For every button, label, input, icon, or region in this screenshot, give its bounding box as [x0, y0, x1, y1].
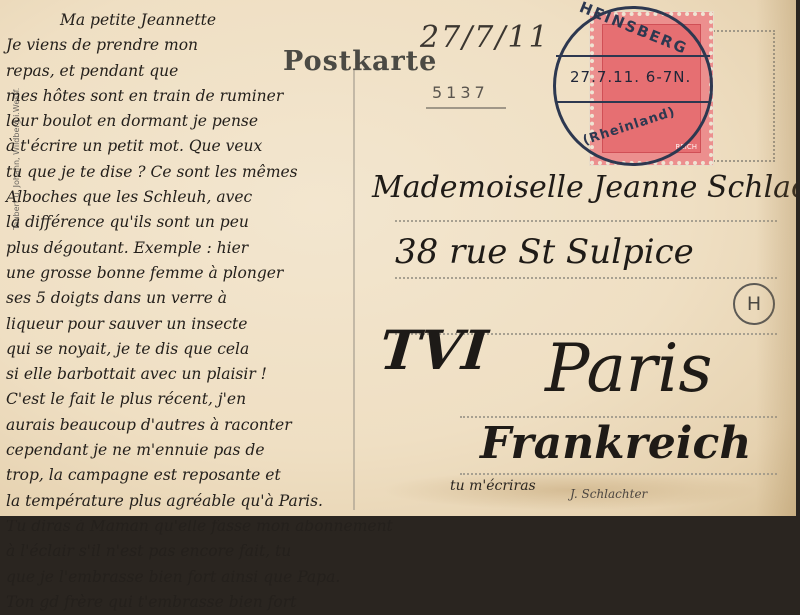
h-circle-mark: H — [733, 283, 775, 325]
recipient-street: 38 rue St Sulpice — [395, 232, 694, 272]
message-line: liqueur pour sauver un insecte — [6, 312, 426, 337]
postcard: Postkarte Taubert u. Johann, Wildberg i.… — [0, 0, 796, 516]
message-line: leur boulot en dormant je pense — [6, 109, 426, 134]
message-line: si elle barbottait avec un plaisir ! — [6, 362, 426, 387]
message-line: tu que je te dise ? Ce sont les mêmes — [6, 160, 426, 185]
message-body: Ma petite Jeannette Je viens de prendre … — [6, 8, 426, 520]
message-line: repas, et pendant que — [6, 59, 426, 84]
message-line: qui se noyait, je te dis que cela — [6, 337, 426, 362]
message-postscript: tu m'écriras — [450, 478, 536, 494]
message-line: Alboches que les Schleuh, avec — [6, 185, 426, 210]
scan-edge — [796, 0, 800, 520]
message-line: trop, la campagne est reposante et — [6, 463, 426, 488]
address-line — [460, 473, 777, 475]
message-line: cependant je ne m'ennuie pas de — [6, 438, 426, 463]
postmark-town: HEINSBERG — [577, 0, 691, 58]
message-line: à t'écrire un petit mot. Que veux — [6, 134, 426, 159]
message-line: une grosse bonne femme à plonger — [6, 261, 426, 286]
recipient-name: Mademoiselle Jeanne Schlachter — [372, 170, 800, 205]
postmark-bar — [556, 101, 710, 103]
message-line: aurais beaucoup d'autres à raconter — [6, 413, 426, 438]
postmark-bar — [556, 55, 710, 57]
message-line: Je viens de prendre mon — [6, 33, 426, 58]
address-line — [395, 220, 777, 222]
message-line: mes hôtes sont en train de ruminer — [6, 84, 426, 109]
message-line: plus dégoutant. Exemple : hier — [6, 236, 426, 261]
message-line: ses 5 doigts dans un verre à — [6, 286, 426, 311]
message-greeting: Ma petite Jeannette — [6, 8, 426, 33]
message-line: C'est le fait le plus récent, j'en — [6, 387, 426, 412]
date-note: 27/7/11 — [420, 20, 550, 55]
recipient-country: Frankreich — [480, 418, 751, 469]
message-line: la différence qu'ils sont un peu — [6, 210, 426, 235]
recipient-city: Paris — [545, 330, 712, 407]
reference-note: 5137 — [432, 83, 489, 102]
address-line — [395, 277, 777, 279]
postmark-region: (Rheinland) — [581, 104, 677, 148]
message-line: la température plus agréable qu'à Paris. — [6, 489, 426, 514]
postmark: HEINSBERG 27.7.11. 6-7N. (Rheinland) — [553, 6, 713, 166]
postmark-date: 27.7.11. 6-7N. — [570, 68, 691, 86]
signature: J. Schlachter — [570, 487, 647, 501]
scan-edge — [0, 516, 800, 520]
